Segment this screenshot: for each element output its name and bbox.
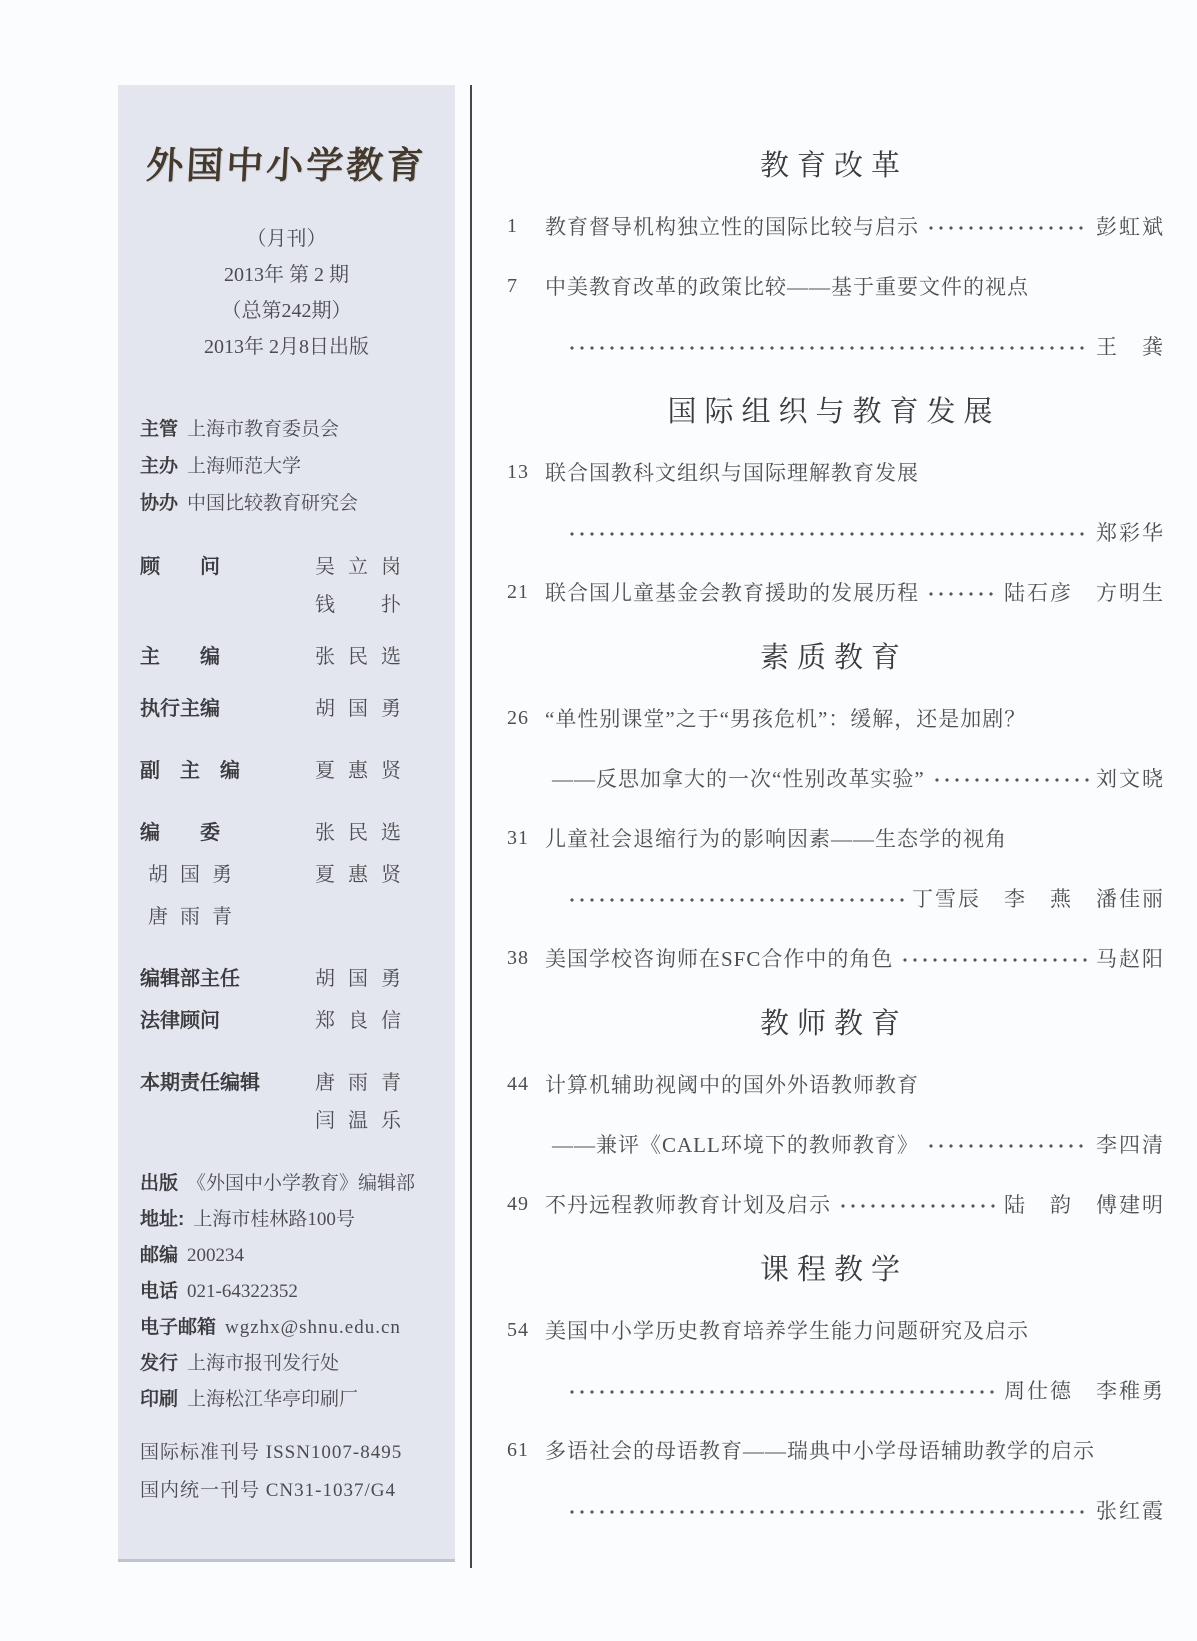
staff-row-legal-advisor: 法律顾问 郑良信 <box>140 1002 433 1040</box>
serial-numbers-block: 国际标准刊号 ISSN1007-8495 国内统一刊号 CN31-1037/G4 <box>140 1434 433 1510</box>
toc-entry-page-number: 61 <box>503 1439 545 1462</box>
staff-role-label: 副 主 编 <box>140 752 240 790</box>
toc-section-header: 教育改革 <box>503 130 1165 196</box>
toc-entry-authors: 张红霞 <box>1096 1495 1165 1525</box>
postcode-label: 邮编 <box>140 1238 178 1274</box>
toc-entry-authors: 李四清 <box>1096 1129 1165 1159</box>
toc-entry: 13 联合国教科文组织与国际理解教育发展 <box>503 442 1165 502</box>
toc-entry-continuation: 丁雪辰 李 燕 潘佳丽 <box>503 868 1165 928</box>
staff-name: 唐雨青 <box>140 898 244 936</box>
toc-entry-title: 儿童社会退缩行为的影响因素——生态学的视角 <box>545 823 1007 853</box>
toc-entry-title: “单性别课堂”之于“男孩危机”：缓解，还是加剧？ <box>545 703 1026 733</box>
toc-leader-dots <box>926 590 997 598</box>
toc-leader-dots <box>932 776 1089 784</box>
staff-name: 夏惠贤 <box>315 752 433 790</box>
staff-name: 唐雨青 <box>315 1064 433 1102</box>
toc-leader-dots <box>900 956 1089 964</box>
toc-section-header: 教师教育 <box>503 988 1165 1054</box>
toc-entry: 38 美国学校咨询师在SFC合作中的角色 马赵阳 <box>503 928 1165 988</box>
toc-entry: 49 不丹远程教师教育计划及启示 陆 韵 傅建明 <box>503 1174 1165 1234</box>
staff-row-editorial-director: 编辑部主任 胡国勇 <box>140 960 433 998</box>
staff-row-chief-editor: 主 编 张民选 <box>140 638 433 676</box>
org-row: 主办 上海师范大学 <box>140 448 433 485</box>
toc-entry-authors: 王 龚 <box>1096 331 1165 361</box>
publisher-row: 出版 《外国中小学教育》编辑部 <box>140 1166 433 1202</box>
issue-publication-date: 2013年 2月8日出版 <box>140 329 433 365</box>
toc-entry-page-number: 21 <box>503 581 545 604</box>
postcode-value: 200234 <box>187 1238 244 1274</box>
toc-entry-page-number: 31 <box>503 827 545 850</box>
toc-entry-title: 计算机辅助视阈中的国外外语教师教育 <box>545 1069 919 1099</box>
phone-label: 电话 <box>140 1274 178 1310</box>
toc-entry: 54 美国中小学历史教育培养学生能力问题研究及启示 <box>503 1300 1165 1360</box>
staff-role-label: 编辑部主任 <box>140 960 240 998</box>
toc-entry-title: 中美教育改革的政策比较——基于重要文件的视点 <box>545 271 1029 301</box>
org-label: 主办 <box>140 448 178 485</box>
organizations-block: 主管 上海市教育委员会 主办 上海师范大学 协办 中国比较教育研究会 <box>140 411 433 522</box>
toc-leader-dots <box>926 224 1089 232</box>
publisher-label: 出版 <box>140 1166 178 1202</box>
org-value: 上海市教育委员会 <box>187 411 339 448</box>
staff-row-board-members: 胡国勇 夏惠贤 <box>140 856 433 894</box>
toc-leader-dots <box>567 530 1089 538</box>
printer-label: 印刷 <box>140 1382 178 1418</box>
toc-entry-title: 教育督导机构独立性的国际比较与启示 <box>545 211 919 241</box>
email-value: wgzhx@shnu.edu.cn <box>225 1310 401 1346</box>
issue-number: 2013年 第 2 期 <box>140 257 433 293</box>
toc-entry-authors: 刘文晓 <box>1096 763 1165 793</box>
issue-cumulative-number: （总第242期） <box>140 293 433 329</box>
toc-entry: 7 中美教育改革的政策比较——基于重要文件的视点 <box>503 256 1165 316</box>
publishing-info-block: 出版 《外国中小学教育》编辑部 地址: 上海市桂林路100号 邮编 200234… <box>140 1166 433 1418</box>
editorial-staff-block: 顾 问 吴立岗 钱 扑 主 编 张民选 执行主编 胡国勇 副 主 编 夏惠贤 编… <box>140 548 433 1140</box>
distribution-row: 发行 上海市报刊发行处 <box>140 1346 433 1382</box>
address-row: 地址: 上海市桂林路100号 <box>140 1202 433 1238</box>
toc-entry-continuation: 王 龚 <box>503 316 1165 376</box>
staff-name: 胡国勇 <box>140 856 244 894</box>
staff-name: 张民选 <box>315 814 433 852</box>
issn-line: 国际标准刊号 ISSN1007-8495 <box>140 1434 433 1472</box>
staff-name: 钱 扑 <box>315 586 433 624</box>
staff-role-label: 主 编 <box>140 638 220 676</box>
toc-leader-dots <box>567 344 1089 352</box>
toc-leader-dots <box>567 1388 997 1396</box>
toc-entry-title: 美国学校咨询师在SFC合作中的角色 <box>545 943 893 973</box>
staff-name: 张民选 <box>315 638 433 676</box>
toc-entry-subtitle-text: ——兼评《CALL环境下的教师教育》 <box>552 1129 919 1159</box>
staff-name: 夏惠贤 <box>315 856 433 894</box>
journal-info-panel: 外国中小学教育 （月刊） 2013年 第 2 期 （总第242期） 2013年 … <box>118 85 455 1562</box>
org-row: 协办 中国比较教育研究会 <box>140 485 433 522</box>
toc-entry: 26 “单性别课堂”之于“男孩危机”：缓解，还是加剧？ <box>503 688 1165 748</box>
distribution-label: 发行 <box>140 1346 178 1382</box>
org-row: 主管 上海市教育委员会 <box>140 411 433 448</box>
toc-entry-authors: 周仕德 李稚勇 <box>1004 1375 1165 1405</box>
toc-entry-page-number: 38 <box>503 947 545 970</box>
org-label: 协办 <box>140 485 178 522</box>
toc-leader-dots <box>567 896 905 904</box>
staff-name: 郑良信 <box>315 1002 433 1040</box>
toc-leader-dots <box>926 1142 1089 1150</box>
toc-entry-continuation: 张红霞 <box>503 1480 1165 1540</box>
address-label: 地址: <box>140 1202 184 1238</box>
email-label: 电子邮箱 <box>140 1310 216 1346</box>
toc-entry: 1 教育督导机构独立性的国际比较与启示 彭虹斌 <box>503 196 1165 256</box>
staff-role-label: 法律顾问 <box>140 1002 220 1040</box>
toc-section-header: 国际组织与教育发展 <box>503 376 1165 442</box>
staff-name: 闫温乐 <box>315 1102 433 1140</box>
email-row: 电子邮箱 wgzhx@shnu.edu.cn <box>140 1310 433 1346</box>
toc-entry-authors: 彭虹斌 <box>1096 211 1165 241</box>
distribution-value: 上海市报刊发行处 <box>187 1346 339 1382</box>
toc-entry-page-number: 1 <box>503 215 545 238</box>
org-value: 中国比较教育研究会 <box>187 485 358 522</box>
toc-entry: 31 儿童社会退缩行为的影响因素——生态学的视角 <box>503 808 1165 868</box>
toc-entry-title: 美国中小学历史教育培养学生能力问题研究及启示 <box>545 1315 1029 1345</box>
toc-entry-subtitle: ——反思加拿大的一次“性别改革实验” 刘文晓 <box>503 748 1165 808</box>
toc-entry-authors: 陆 韵 傅建明 <box>1004 1189 1165 1219</box>
publisher-value: 《外国中小学教育》编辑部 <box>187 1166 415 1202</box>
phone-value: 021-64322352 <box>187 1274 298 1310</box>
table-of-contents: 教育改革 1 教育督导机构独立性的国际比较与启示 彭虹斌 7 中美教育改革的政策… <box>503 130 1165 1540</box>
toc-entry-page-number: 7 <box>503 275 545 298</box>
toc-entry-continuation: 郑彩华 <box>503 502 1165 562</box>
toc-entry-subtitle: ——兼评《CALL环境下的教师教育》 李四清 <box>503 1114 1165 1174</box>
vertical-divider <box>470 85 472 1568</box>
toc-entry-continuation: 周仕德 李稚勇 <box>503 1360 1165 1420</box>
staff-role-label: 编 委 <box>140 814 220 852</box>
toc-entry-authors: 陆石彦 方明生 <box>1004 577 1165 607</box>
address-value: 上海市桂林路100号 <box>193 1202 355 1238</box>
toc-leader-dots <box>838 1202 997 1210</box>
toc-entry-page-number: 44 <box>503 1073 545 1096</box>
org-value: 上海师范大学 <box>187 448 301 485</box>
toc-entry-page-number: 54 <box>503 1319 545 1342</box>
staff-row-advisor: 顾 问 吴立岗 钱 扑 <box>140 548 433 624</box>
printer-value: 上海松江华亭印刷厂 <box>187 1382 358 1418</box>
staff-name: 胡国勇 <box>315 960 433 998</box>
phone-row: 电话 021-64322352 <box>140 1274 433 1310</box>
toc-entry-title: 联合国儿童基金会教育援助的发展历程 <box>545 577 919 607</box>
toc-entry-title: 不丹远程教师教育计划及启示 <box>545 1189 831 1219</box>
toc-entry: 44 计算机辅助视阈中的国外外语教师教育 <box>503 1054 1165 1114</box>
staff-role-label: 顾 问 <box>140 548 220 586</box>
issue-info-block: （月刊） 2013年 第 2 期 （总第242期） 2013年 2月8日出版 <box>140 221 433 365</box>
toc-entry: 21 联合国儿童基金会教育援助的发展历程 陆石彦 方明生 <box>503 562 1165 622</box>
toc-entry-title: 联合国教科文组织与国际理解教育发展 <box>545 457 919 487</box>
toc-section-header: 课程教学 <box>503 1234 1165 1300</box>
toc-entry-page-number: 49 <box>503 1193 545 1216</box>
staff-row-executive-editor: 执行主编 胡国勇 <box>140 690 433 728</box>
toc-entry-subtitle-text: ——反思加拿大的一次“性别改革实验” <box>552 763 925 793</box>
toc-entry-authors: 郑彩华 <box>1096 517 1165 547</box>
postcode-row: 邮编 200234 <box>140 1238 433 1274</box>
staff-row-issue-editors: 本期责任编辑 唐雨青 闫温乐 <box>140 1064 433 1140</box>
toc-leader-dots <box>567 1508 1089 1516</box>
printer-row: 印刷 上海松江华亭印刷厂 <box>140 1382 433 1418</box>
staff-row-board-members: 唐雨青 <box>140 898 433 936</box>
staff-name: 吴立岗 <box>315 548 433 586</box>
staff-role-label: 本期责任编辑 <box>140 1064 260 1102</box>
toc-entry: 61 多语社会的母语教育——瑞典中小学母语辅助教学的启示 <box>503 1420 1165 1480</box>
staff-row-editorial-board: 编 委 张民选 <box>140 814 433 852</box>
toc-entry-page-number: 26 <box>503 707 545 730</box>
staff-row-deputy-editor: 副 主 编 夏惠贤 <box>140 752 433 790</box>
staff-role-label: 执行主编 <box>140 690 220 728</box>
toc-entry-authors: 丁雪辰 李 燕 潘佳丽 <box>912 883 1165 913</box>
toc-entry-authors: 马赵阳 <box>1096 943 1165 973</box>
toc-entry-page-number: 13 <box>503 461 545 484</box>
issue-frequency: （月刊） <box>140 221 433 257</box>
toc-section-header: 素质教育 <box>503 622 1165 688</box>
journal-title: 外国中小学教育 <box>139 135 435 189</box>
org-label: 主管 <box>140 411 178 448</box>
cn-line: 国内统一刊号 CN31-1037/G4 <box>140 1472 433 1510</box>
staff-name: 胡国勇 <box>315 690 433 728</box>
toc-entry-title: 多语社会的母语教育——瑞典中小学母语辅助教学的启示 <box>545 1435 1095 1465</box>
